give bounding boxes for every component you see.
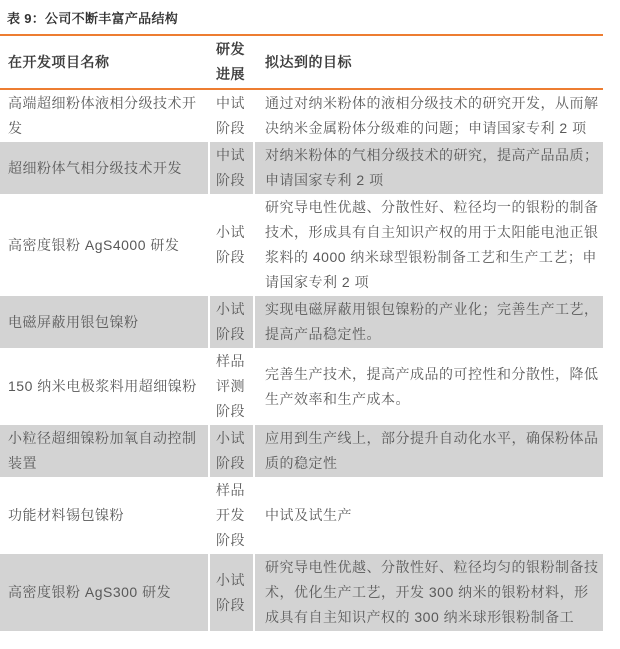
- target-cell: 研究导电性优越、分散性好、粒径均匀的银粉制备技术，优化生产工艺，开发 300 纳…: [253, 554, 603, 631]
- stage-cell: 小试阶段: [208, 425, 253, 477]
- target-text: 应用到生产线上，部分提升自动化水平，确保粉体品质的稳定性: [265, 426, 600, 476]
- project-name: 超细粉体气相分级技术开发: [8, 156, 182, 181]
- target-text: 完善生产技术，提高产成品的可控性和分散性，降低生产效率和生产成本。: [265, 362, 600, 412]
- target-cell: 完善生产技术，提高产成品的可控性和分散性，降低生产效率和生产成本。: [253, 348, 603, 425]
- stage-text: 小试阶段: [216, 297, 248, 347]
- target-cell: 应用到生产线上，部分提升自动化水平，确保粉体品质的稳定性: [253, 425, 603, 477]
- stage-cell: 小试阶段: [208, 194, 253, 296]
- project-name-cell: 高密度银粉 AgS4000 研发: [0, 194, 208, 296]
- table-body: 高端超细粉体液相分级技术开发 中试阶段 通过对纳米粉体的液相分级技术的研究开发，…: [0, 90, 603, 631]
- stage-cell: 样品开发阶段: [208, 477, 253, 554]
- header-target-goal: 拟达到的目标: [253, 36, 603, 88]
- target-text: 中试及试生产: [265, 503, 352, 528]
- target-cell: 中试及试生产: [253, 477, 603, 554]
- stage-cell: 小试阶段: [208, 554, 253, 631]
- project-name-cell: 超细粉体气相分级技术开发: [0, 142, 208, 194]
- stage-text: 小试阶段: [216, 426, 248, 476]
- project-name-cell: 150 纳米电极浆料用超细镍粉: [0, 348, 208, 425]
- target-cell: 实现电磁屏蔽用银包镍粉的产业化；完善生产工艺，提高产品稳定性。: [253, 296, 603, 348]
- target-text: 实现电磁屏蔽用银包镍粉的产业化；完善生产工艺，提高产品稳定性。: [265, 297, 600, 347]
- project-name-cell: 电磁屏蔽用银包镍粉: [0, 296, 208, 348]
- project-name: 150 纳米电极浆料用超细镍粉: [8, 374, 197, 399]
- stage-text: 小试阶段: [216, 220, 248, 270]
- table-row: 高端超细粉体液相分级技术开发 中试阶段 通过对纳米粉体的液相分级技术的研究开发，…: [0, 90, 603, 142]
- stage-text: 中试阶段: [216, 143, 248, 193]
- header-project-name: 在开发项目名称: [0, 36, 208, 88]
- target-cell: 通过对纳米粉体的液相分级技术的研究开发，从而解决纳米金属粉体分级难的问题；申请国…: [253, 90, 603, 142]
- project-name-cell: 高密度银粉 AgS300 研发: [0, 554, 208, 631]
- project-name: 电磁屏蔽用银包镍粉: [8, 310, 139, 335]
- stage-text: 样品开发阶段: [216, 478, 248, 553]
- project-name-cell: 高端超细粉体液相分级技术开发: [0, 90, 208, 142]
- table-row: 高密度银粉 AgS4000 研发 小试阶段 研究导电性优越、分散性好、粒径均一的…: [0, 194, 603, 296]
- stage-cell: 小试阶段: [208, 296, 253, 348]
- header-rd-progress-label: 研发进展: [216, 37, 248, 87]
- header-project-name-label: 在开发项目名称: [8, 50, 110, 75]
- table-row: 超细粉体气相分级技术开发 中试阶段 对纳米粉体的气相分级技术的研究，提高产品品质…: [0, 142, 603, 194]
- target-cell: 研究导电性优越、分散性好、粒径均一的银粉的制备技术，形成具有自主知识产权的用于太…: [253, 194, 603, 296]
- table-row: 150 纳米电极浆料用超细镍粉 样品评测阶段 完善生产技术，提高产成品的可控性和…: [0, 348, 603, 425]
- stage-text: 中试阶段: [216, 91, 248, 141]
- project-name: 小粒径超细镍粉加氧自动控制装置: [8, 426, 200, 476]
- stage-cell: 中试阶段: [208, 142, 253, 194]
- stage-cell: 中试阶段: [208, 90, 253, 142]
- target-text: 研究导电性优越、分散性好、粒径均匀的银粉制备技术，优化生产工艺，开发 300 纳…: [265, 555, 600, 630]
- table-row: 电磁屏蔽用银包镍粉 小试阶段 实现电磁屏蔽用银包镍粉的产业化；完善生产工艺，提高…: [0, 296, 603, 348]
- header-target-goal-label: 拟达到的目标: [265, 50, 352, 75]
- stage-cell: 样品评测阶段: [208, 348, 253, 425]
- target-text: 研究导电性优越、分散性好、粒径均一的银粉的制备技术，形成具有自主知识产权的用于太…: [265, 195, 600, 295]
- project-name-cell: 功能材料锡包镍粉: [0, 477, 208, 554]
- table-header-row: 在开发项目名称 研发进展 拟达到的目标: [0, 36, 603, 90]
- project-name: 高端超细粉体液相分级技术开发: [8, 91, 200, 141]
- table-row: 高密度银粉 AgS300 研发 小试阶段 研究导电性优越、分散性好、粒径均匀的银…: [0, 554, 603, 631]
- table-row: 小粒径超细镍粉加氧自动控制装置 小试阶段 应用到生产线上，部分提升自动化水平，确…: [0, 425, 603, 477]
- target-text: 通过对纳米粉体的液相分级技术的研究开发，从而解决纳米金属粉体分级难的问题；申请国…: [265, 91, 600, 141]
- target-text: 对纳米粉体的气相分级技术的研究，提高产品品质；申请国家专利 2 项: [265, 143, 600, 193]
- table-row: 功能材料锡包镍粉 样品开发阶段 中试及试生产: [0, 477, 603, 554]
- stage-text: 小试阶段: [216, 568, 248, 618]
- project-name: 功能材料锡包镍粉: [8, 503, 124, 528]
- header-rd-progress: 研发进展: [208, 36, 253, 88]
- project-name: 高密度银粉 AgS300 研发: [8, 580, 171, 605]
- project-name: 高密度银粉 AgS4000 研发: [8, 233, 179, 258]
- report-page: 表 9：公司不断丰富产品结构 在开发项目名称 研发进展 拟达到的目标 高端超细粉…: [0, 0, 620, 649]
- project-name-cell: 小粒径超细镍粉加氧自动控制装置: [0, 425, 208, 477]
- stage-text: 样品评测阶段: [216, 349, 248, 424]
- target-cell: 对纳米粉体的气相分级技术的研究，提高产品品质；申请国家专利 2 项: [253, 142, 603, 194]
- product-structure-table: 在开发项目名称 研发进展 拟达到的目标 高端超细粉体液相分级技术开发 中试阶段 …: [0, 36, 603, 631]
- table-title: 表 9：公司不断丰富产品结构: [0, 0, 603, 36]
